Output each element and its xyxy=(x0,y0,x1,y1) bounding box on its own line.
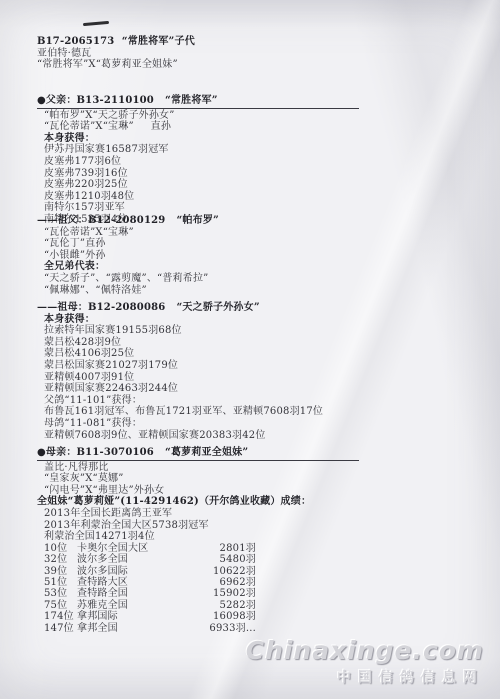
result-birds: 2801羽 xyxy=(194,543,256,554)
grandmother-results-label: 本身获得： xyxy=(44,314,323,326)
result-race: 波尔多国际 xyxy=(77,566,194,577)
father-result-line: 皮塞弗177羽6位 xyxy=(44,156,359,168)
sister-highlight-result: 2013年全国长距离鸽王亚军 xyxy=(44,508,359,520)
pedigree-header: B17-2065173 “常胜将军”子代 亚伯特·德瓦 “常胜将军”X“葛萝莉亚… xyxy=(37,36,195,71)
dam-results-label: 母鸽“11-081”获得： xyxy=(44,418,323,430)
father-result-line: 伊苏丹国家赛16587羽冠军 xyxy=(44,144,359,156)
mother-pairing-line: “皇家灰”X“莫娜” xyxy=(44,473,359,485)
father-heading: ●父亲：B13-2110100 “常胜将军” xyxy=(37,95,359,109)
full-brothers-line: “佩琳娜”、“佩特洛娃” xyxy=(44,285,219,297)
grandmother-result-line: 蒙吕松国家赛21027羽179位 xyxy=(44,360,323,372)
sire-results-line: 布鲁瓦161羽冠军、布鲁瓦1721羽亚军、亚精顿7608羽17位 xyxy=(44,406,323,418)
result-birds: 16098羽 xyxy=(194,611,256,622)
grandfather-heading: ——祖父：B12-2080129 “帕布罗” xyxy=(37,215,219,227)
breeder-name: 亚伯特·德瓦 xyxy=(37,48,195,60)
father-pairing-line: “帕布罗”X“天之骄子外孙女” xyxy=(44,110,359,122)
mother-breeder-name: 盖比·凡得那比 xyxy=(44,462,359,474)
watermark-brand-text: Chinaxinge.com xyxy=(246,636,484,665)
table-row: 147位 拿邦全国 6933羽... xyxy=(44,623,256,634)
grandmother-result-line: 蒙吕松4106羽25位 xyxy=(44,348,323,360)
grandmother-heading: ——祖母：B12-2080086 “天之骄子外孙女” xyxy=(37,302,323,314)
result-birds: 5282羽 xyxy=(194,600,256,611)
table-row: 32位 波尔多全国 5480羽 xyxy=(44,554,256,565)
result-rank: 51位 xyxy=(44,577,77,588)
result-birds: 5480羽 xyxy=(194,554,256,565)
mother-section: ●母亲：B11-3070106 “葛萝莉亚全姐妹” 盖比·凡得那比 “皇家灰”X… xyxy=(37,440,359,634)
result-rank: 39位 xyxy=(44,566,77,577)
watermark-site-name: 中国信鸽信息网 xyxy=(246,667,484,687)
father-results-label: 本身获得： xyxy=(44,133,359,145)
result-rank: 53位 xyxy=(44,588,77,599)
table-row: 75位 苏雅克全国 5282羽 xyxy=(44,600,256,611)
full-brothers-label: 全兄弟代表： xyxy=(44,261,219,273)
father-section: ●父亲：B13-2110100 “常胜将军” “帕布罗”X“天之骄子外孙女” “… xyxy=(37,88,359,226)
table-row: 174位 拿邦国际 16098羽 xyxy=(44,611,256,622)
result-birds: 6933羽... xyxy=(194,623,256,634)
full-brothers-line: “天之骄子”、“露剪魔”、“普莉希拉” xyxy=(44,273,219,285)
result-race: 拿邦国际 xyxy=(77,611,194,622)
grandfather-pairing-line: “瓦伦丁”直孙 xyxy=(44,238,219,250)
sister-highlight-result: 2013年利蒙治全国大区5738羽冠军 xyxy=(44,520,359,532)
site-watermark: Chinaxinge.com 中国信鸽信息网 xyxy=(246,636,484,687)
father-result-line: 皮塞弗1210羽48位 xyxy=(44,191,359,203)
result-race: 拿邦全国 xyxy=(77,623,194,634)
result-rank: 10位 xyxy=(44,543,77,554)
father-result-line: 皮塞弗220羽25位 xyxy=(44,179,359,191)
result-race: 苏雅克全国 xyxy=(77,600,194,611)
scanned-pedigree-document: B17-2065173 “常胜将军”子代 亚伯特·德瓦 “常胜将军”X“葛萝莉亚… xyxy=(0,0,500,699)
result-race: 波尔多全国 xyxy=(77,554,194,565)
grandmother-section: ——祖母：B12-2080086 “天之骄子外孙女” 本身获得： 拉索特年国家赛… xyxy=(37,302,323,441)
table-row: 51位 查特路大区 6962羽 xyxy=(44,577,256,588)
grandmother-result-line: 亚精顿4007羽91位 xyxy=(44,372,323,384)
grandfather-pairing-line: “瓦伦蒂诺”X“宝琳” xyxy=(44,227,219,239)
mother-heading: ●母亲：B11-3070106 “葛萝莉亚全姐妹” xyxy=(37,447,359,461)
result-race: 查特路大区 xyxy=(77,577,194,588)
handwritten-pen-mark xyxy=(83,21,109,26)
result-race: 卡奥尔全国大区 xyxy=(77,543,194,554)
ring-number-title: B17-2065173 “常胜将军”子代 xyxy=(37,36,195,48)
result-rank: 32位 xyxy=(44,554,77,565)
result-birds: 10622羽 xyxy=(194,566,256,577)
grandmother-result-line: 蒙吕松428羽9位 xyxy=(44,337,323,349)
grandmother-result-line: 亚精顿国家赛22463羽244位 xyxy=(44,383,323,395)
father-result-line: 皮塞弗739羽16位 xyxy=(44,168,359,180)
grandmother-result-line: 拉索特年国家赛19155羽68位 xyxy=(44,325,323,337)
table-row: 10位 卡奥尔全国大区 2801羽 xyxy=(44,543,256,554)
result-race: 查特路全国 xyxy=(77,588,194,599)
result-rank: 174位 xyxy=(44,611,77,622)
grandfather-pairing-line: “小银雌”外孙 xyxy=(44,250,219,262)
parent-pairing: “常胜将军”X“葛萝莉亚全姐妹” xyxy=(37,59,195,71)
sister-highlight-result: 利蒙治全国14271羽4位 xyxy=(44,531,359,543)
result-birds: 6962羽 xyxy=(194,577,256,588)
table-row: 39位 波尔多国际 10622羽 xyxy=(44,566,256,577)
result-rank: 75位 xyxy=(44,600,77,611)
race-results-table: 10位 卡奥尔全国大区 2801羽 32位 波尔多全国 5480羽 39位 波尔… xyxy=(37,543,256,634)
father-pairing-line: “瓦伦蒂诺”X“宝琳” 直孙 xyxy=(44,121,359,133)
table-row: 53位 查特路全国 15902羽 xyxy=(44,588,256,599)
result-rank: 147位 xyxy=(44,623,77,634)
result-birds: 15902羽 xyxy=(194,588,256,599)
sire-results-label: 父鸽“11-101”获得： xyxy=(44,395,323,407)
grandfather-section: ——祖父：B12-2080129 “帕布罗” “瓦伦蒂诺”X“宝琳” “瓦伦丁”… xyxy=(37,215,219,296)
full-sister-heading: 全姐妹“葛萝莉娅”(11-4291462)（开尔鸽业收藏）成绩： xyxy=(37,496,359,508)
father-result-line: 南特尔157羽亚军 xyxy=(44,202,359,214)
mother-pairing-line: “闪电号”X“弗里达”外孙女 xyxy=(44,485,359,497)
